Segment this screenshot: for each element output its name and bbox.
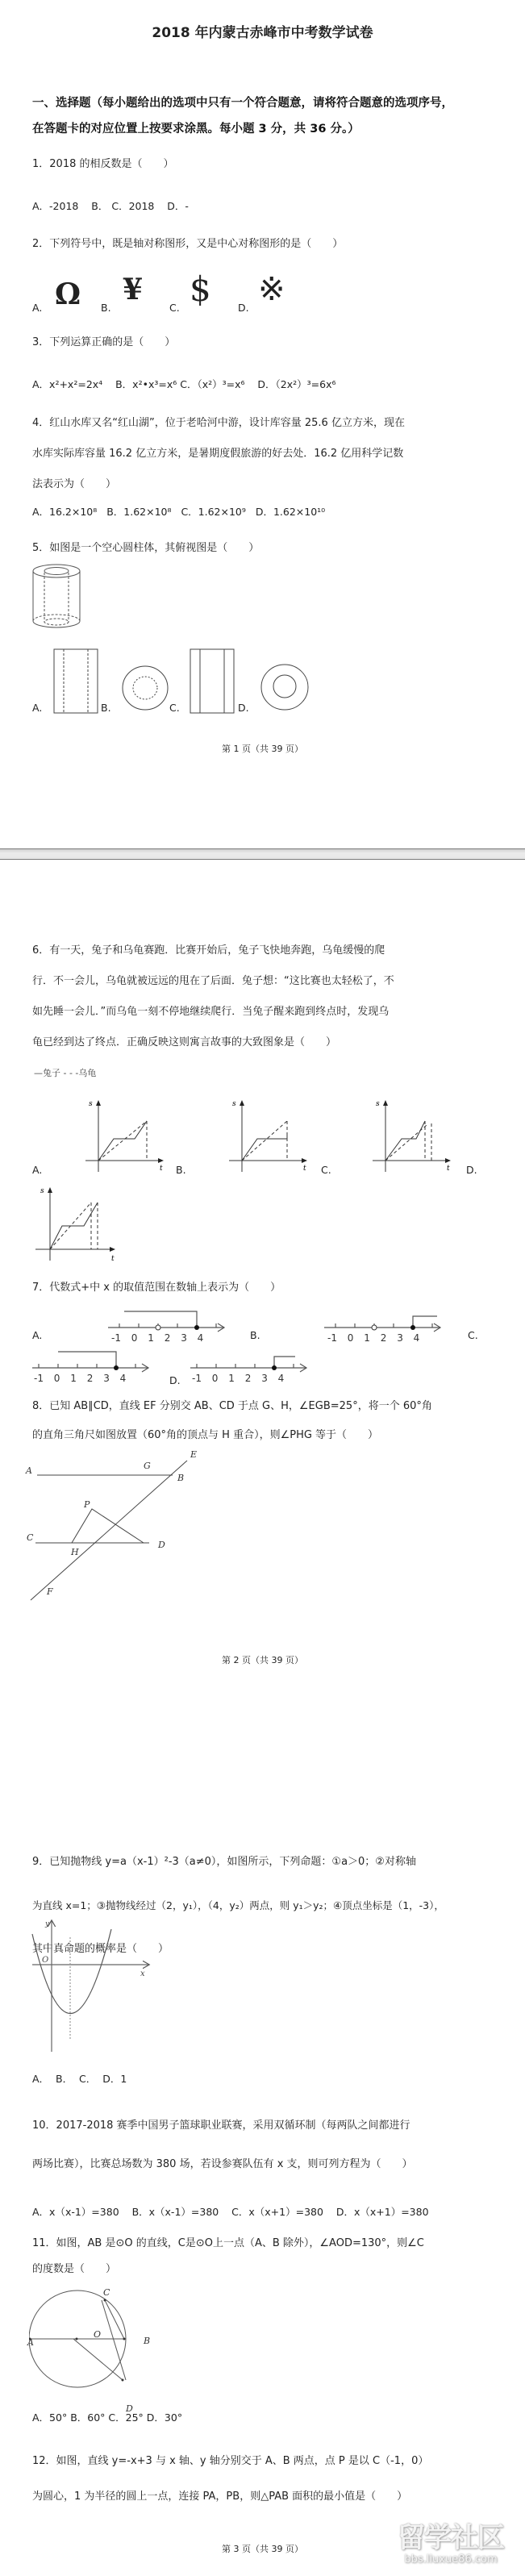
svg-text:P: P [83,1499,90,1510]
question-7-options: A. -1 0 1 2 3 4 B. -1 0 1 2 3 4 C. [32,1308,484,1397]
svg-text:t: t [160,1165,163,1173]
question-12-stem: 12．如图，直线 y=-x+3 与 x 轴、y 轴分别交于 A、B 两点，点 P… [32,2444,492,2515]
svg-text:F: F [46,1586,53,1597]
page-footer-1: 第 1 页（共 39 页） [0,742,525,755]
option-d-solid-ring [260,663,310,711]
question-2-options: A. Ω B. ¥ C. $ D. ※ [32,273,355,321]
question-6-options: A. s t B. s t C. [32,1093,484,1262]
svg-text:s: s [89,1100,93,1108]
option-b-dashed-ring [121,665,169,711]
question-6-stem: 6．有一天，兔子和乌龟赛跑．比赛开始后，兔子飞快地奔跑，乌龟缓慢的爬 行．不一会… [32,936,492,1058]
question-4-options: A．16.2×10⁸ B．1.62×10⁸ C．1.62×10⁹ D．1.62×… [32,504,325,519]
section-heading: 一、选择题（每小题给出的选项中只有一个符合题意，请将符合题意的选项序号， 在答题… [32,90,492,142]
question-5-options: A. B. C. D. [32,645,323,718]
graph-option-a: s t [82,1093,171,1173]
circle-labels: A B C D O [29,2287,134,2392]
option-c-side-view [190,648,235,715]
question-1-options: A．-2018 B． C．2018 D．- [32,198,189,213]
svg-text:s: s [40,1187,44,1195]
parallel-lines-figure: A B C D E F G H P [24,1448,242,1601]
svg-text:s: s [376,1100,380,1108]
question-9-options: A． B． C． D．1 [32,2071,127,2086]
option-a-front-view [53,648,98,715]
svg-text:C: C [27,1532,34,1543]
question-11-stem: 11．如图，AB 是⊙O 的直线，C是⊙O上一点（A、B 除外），∠AOD=13… [32,2215,492,2282]
svg-text:D: D [157,1540,165,1550]
page-separator [0,848,525,860]
question-3-stem: 3．下列运算正确的是（ ） [32,331,492,355]
parabola-graph: y x O [31,1918,152,2055]
number-line-ticks: -1 0 1 2 3 4 [111,1332,203,1344]
svg-text:B: B [177,1473,184,1483]
svg-text:H: H [70,1547,79,1557]
graph-legend: —兔子 - - -乌龟 [34,1066,96,1079]
reference-mark-symbol-icon: ※ [258,271,285,308]
svg-text:x: x [140,1970,145,1978]
site-watermark: 留学社区 bbs.liuxue86.com [380,2523,522,2573]
omega-symbol-icon: Ω [55,277,81,311]
yen-symbol-icon: ¥ [123,273,143,306]
graph-option-b: s t [226,1093,315,1173]
svg-text:s: s [232,1100,236,1108]
question-1-stem: 1．2018 的相反数是（ ） [32,152,492,177]
svg-text:t: t [303,1165,306,1173]
svg-text:t: t [447,1165,450,1173]
svg-text:t: t [111,1255,115,1262]
document-title: 2018 年内蒙古赤峰市中考数学试卷 [0,21,525,41]
question-3-options: A．x²+x²=2x⁴ B．x²•x³=x⁶ C．（x²）³=x⁶ D．（2x²… [32,377,336,391]
graph-option-d: s t [34,1182,123,1262]
question-5-stem: 5．如图是一个空心圆柱体，其俯视图是（ ） [32,536,492,561]
question-4-stem: 4．红山水库又名“红山湖”，位于老哈河中游，设计库容量 25.6 亿立方米，现在… [32,408,492,500]
svg-text:E: E [190,1449,197,1460]
question-10-stem: 10．2017-2018 赛季中国男子篮球职业联赛，采用双循环制（每两队之间都进… [32,2107,492,2184]
question-8-stem: 8．已知 AB∥CD，直线 EF 分别交 AB、CD 于点 G、H，∠EGB=2… [32,1392,492,1450]
hollow-cylinder-figure [31,563,82,631]
svg-text:y: y [44,1920,50,1928]
graph-option-c: s t [369,1093,458,1173]
svg-text:O: O [42,1956,48,1965]
page-footer-2: 第 2 页（共 39 页） [0,1653,525,1666]
question-2-stem: 2．下列符号中，既是轴对称图形，又是中心对称图形的是（ ） [32,232,492,256]
question-11-options: A．50° B．60° C．25° D．30° [32,2410,182,2424]
svg-text:A: A [25,1465,32,1476]
svg-text:G: G [144,1461,151,1471]
question-7-stem: 7．代数式+中 x 的取值范围在数轴上表示为（ ） [32,1276,492,1300]
dollar-symbol-icon: $ [190,269,211,309]
